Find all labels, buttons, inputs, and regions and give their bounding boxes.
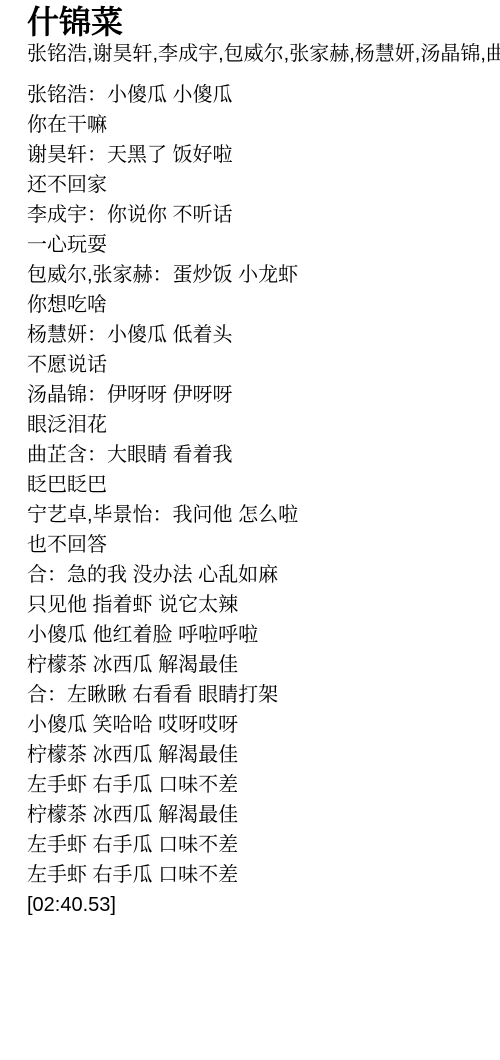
- lyric-line: 柠檬茶 冰西瓜 解渴最佳: [27, 800, 500, 830]
- lyric-line: 谢昊轩：天黑了 饭好啦: [27, 140, 500, 170]
- lyric-line: 眼泛泪花: [27, 410, 500, 440]
- lyric-line: 还不回家: [27, 170, 500, 200]
- lyric-line: 包威尔,张家赫：蛋炒饭 小龙虾: [27, 260, 500, 290]
- lyric-line: 宁艺卓,毕景怡：我问他 怎么啦: [27, 500, 500, 530]
- lyric-line: 曲芷含：大眼睛 看着我: [27, 440, 500, 470]
- lyric-line: 不愿说话: [27, 350, 500, 380]
- lyric-line: 张铭浩：小傻瓜 小傻瓜: [27, 80, 500, 110]
- lyric-line: 左手虾 右手瓜 口味不差: [27, 770, 500, 800]
- lyric-line: [02:40.53]: [27, 890, 500, 920]
- lyric-line: 合：急的我 没办法 心乱如麻: [27, 560, 500, 590]
- song-title: 什锦菜: [27, 5, 500, 39]
- lyric-line: 合：左瞅瞅 右看看 眼睛打架: [27, 680, 500, 710]
- lyric-line: 一心玩耍: [27, 230, 500, 260]
- lyric-line: 小傻瓜 他红着脸 呼啦呼啦: [27, 620, 500, 650]
- lyric-line: 只见他 指着虾 说它太辣: [27, 590, 500, 620]
- lyric-line: 柠檬茶 冰西瓜 解渴最佳: [27, 650, 500, 680]
- lyrics-list: 张铭浩：小傻瓜 小傻瓜你在干嘛谢昊轩：天黑了 饭好啦还不回家李成宇：你说你 不听…: [27, 80, 500, 920]
- lyric-line: 小傻瓜 笑哈哈 哎呀哎呀: [27, 710, 500, 740]
- lyric-line: 杨慧妍：小傻瓜 低着头: [27, 320, 500, 350]
- lyric-line: 眨巴眨巴: [27, 470, 500, 500]
- lyric-line: 你在干嘛: [27, 110, 500, 140]
- lyric-line: 你想吃啥: [27, 290, 500, 320]
- lyrics-page: 什锦菜 张铭浩,谢昊轩,李成宇,包威尔,张家赫,杨慧妍,汤晶锦,曲 张铭浩：小傻…: [0, 0, 500, 920]
- artist-list: 张铭浩,谢昊轩,李成宇,包威尔,张家赫,杨慧妍,汤晶锦,曲: [27, 41, 500, 67]
- lyric-line: 汤晶锦：伊呀呀 伊呀呀: [27, 380, 500, 410]
- lyric-line: 左手虾 右手瓜 口味不差: [27, 830, 500, 860]
- lyric-line: 左手虾 右手瓜 口味不差: [27, 860, 500, 890]
- lyric-line: 也不回答: [27, 530, 500, 560]
- lyric-line: 柠檬茶 冰西瓜 解渴最佳: [27, 740, 500, 770]
- lyric-line: 李成宇：你说你 不听话: [27, 200, 500, 230]
